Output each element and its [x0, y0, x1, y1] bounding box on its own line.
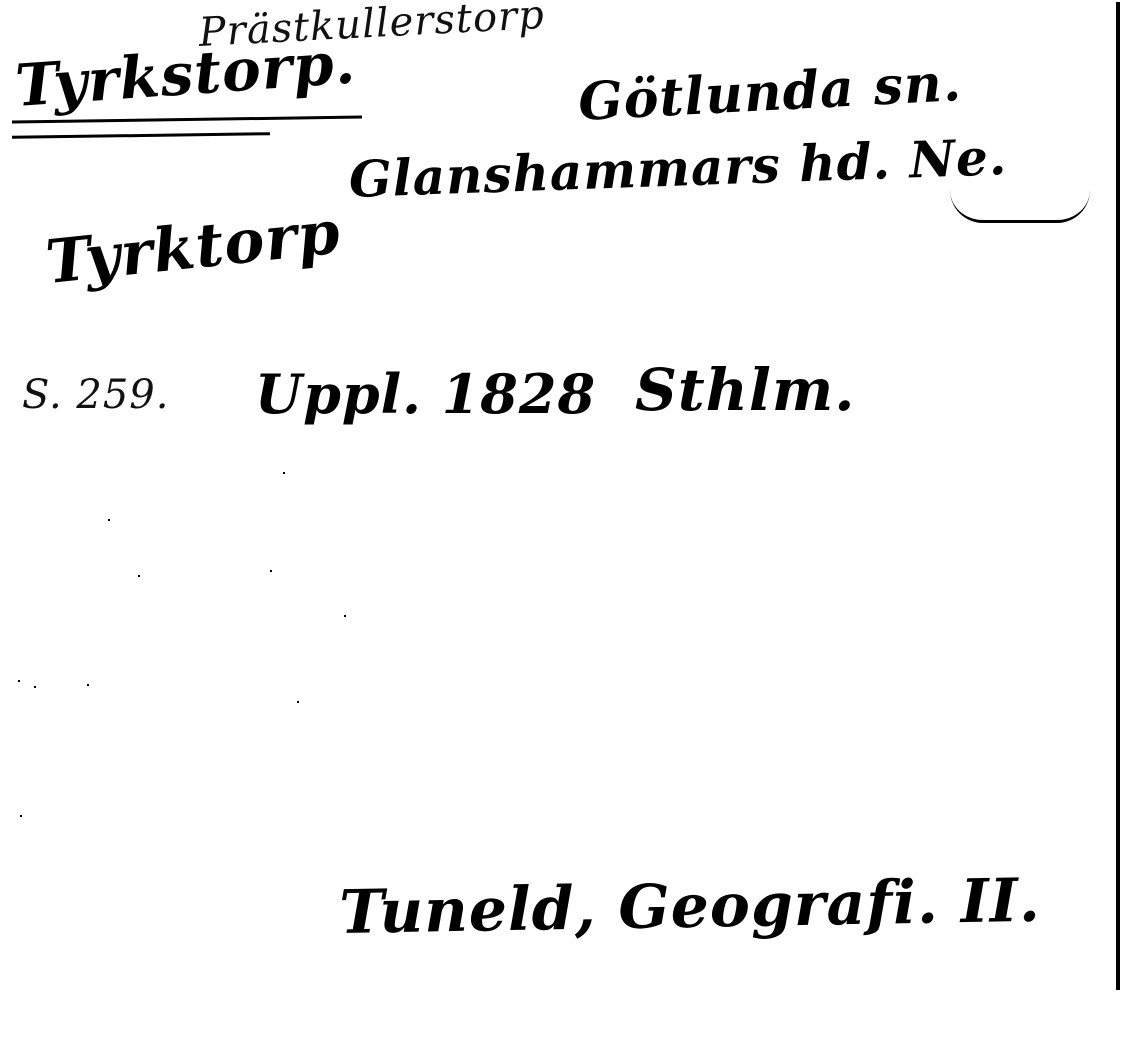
scan-speck: [138, 575, 140, 577]
scan-speck: [34, 686, 36, 688]
card-right-edge: [1116, 2, 1120, 990]
district-name: Glanshammars hd. Ne.: [348, 127, 1008, 209]
reference-place-of-print: Sthlm.: [635, 356, 855, 424]
source-citation: Tuneld, Geografi. II.: [339, 866, 1041, 948]
reference-edition: Uppl. 1828: [255, 362, 596, 426]
scan-speck: [87, 684, 89, 686]
heading-place-name: Tyrkstorp.: [13, 28, 358, 120]
scan-speck: [270, 570, 272, 572]
reference-page: S. 259.: [22, 372, 169, 418]
scan-speck: [20, 815, 22, 817]
archive-index-card: Prästkullerstorp Tyrkstorp. Götlunda sn.…: [0, 0, 1121, 1047]
parish-name: Götlunda sn.: [577, 52, 963, 133]
scan-speck: [18, 680, 20, 682]
heading-underline-bottom: [12, 132, 270, 139]
scan-speck: [344, 615, 346, 617]
scan-speck: [297, 701, 299, 703]
scan-speck: [108, 519, 110, 521]
variant-spelling: Tyrktorp: [43, 198, 344, 298]
scan-speck: [283, 472, 285, 474]
district-flourish: [950, 190, 1090, 223]
